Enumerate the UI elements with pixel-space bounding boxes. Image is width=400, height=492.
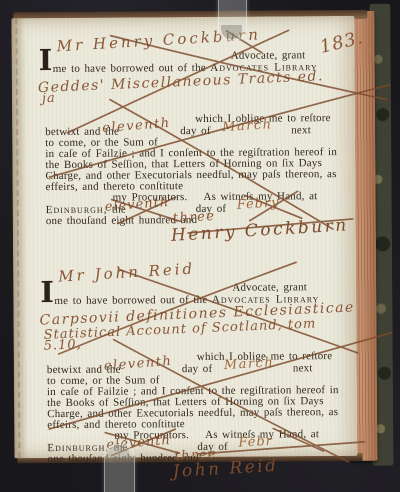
due-month-handwritten: March [222,117,273,135]
next-label: next [293,362,313,374]
day-of-label: day of [182,363,213,375]
borrowed-text: me to have borrowed out of the [54,294,207,307]
register-page: 183. Mr Henry Cockburn I Advocate, grant… [11,16,357,458]
form-initial-capital: I [39,46,53,75]
book-title-handwritten-3: 5.10, [43,337,82,354]
form-body: which I oblige me to reſtore betwixt and… [12,112,355,114]
signed-month-handwritten: Febr [238,434,273,451]
page-holder-strip-top [218,0,247,41]
borrower-name-handwritten: Mr John Reid [58,259,196,285]
borrow-entry-2: Mr John Reid I Advocate, grant me to hav… [13,264,356,266]
strip-tip [221,25,242,39]
book-title-handwritten-2: ja [42,91,56,107]
page-holder-strip-bottom [104,444,135,492]
strip-tip [107,446,130,460]
next-label: next [291,124,311,136]
form-initial-capital: I [40,278,54,307]
borrowing-register-book: 183. Mr Henry Cockburn I Advocate, grant… [0,0,400,492]
signed-month-handwritten: Febry [236,195,280,213]
due-day-handwritten: eleventh [103,354,173,374]
day-of-label: day of [180,125,211,137]
form-advocate-grant: Advocate, grant [232,281,307,294]
form-advocate-grant: Advocate, grant [231,49,306,62]
due-day-handwritten: eleventh [102,116,172,136]
borrow-entry-1: Mr Henry Cockburn I Advocate, grant me t… [12,32,355,34]
due-month-handwritten: March [223,355,274,373]
